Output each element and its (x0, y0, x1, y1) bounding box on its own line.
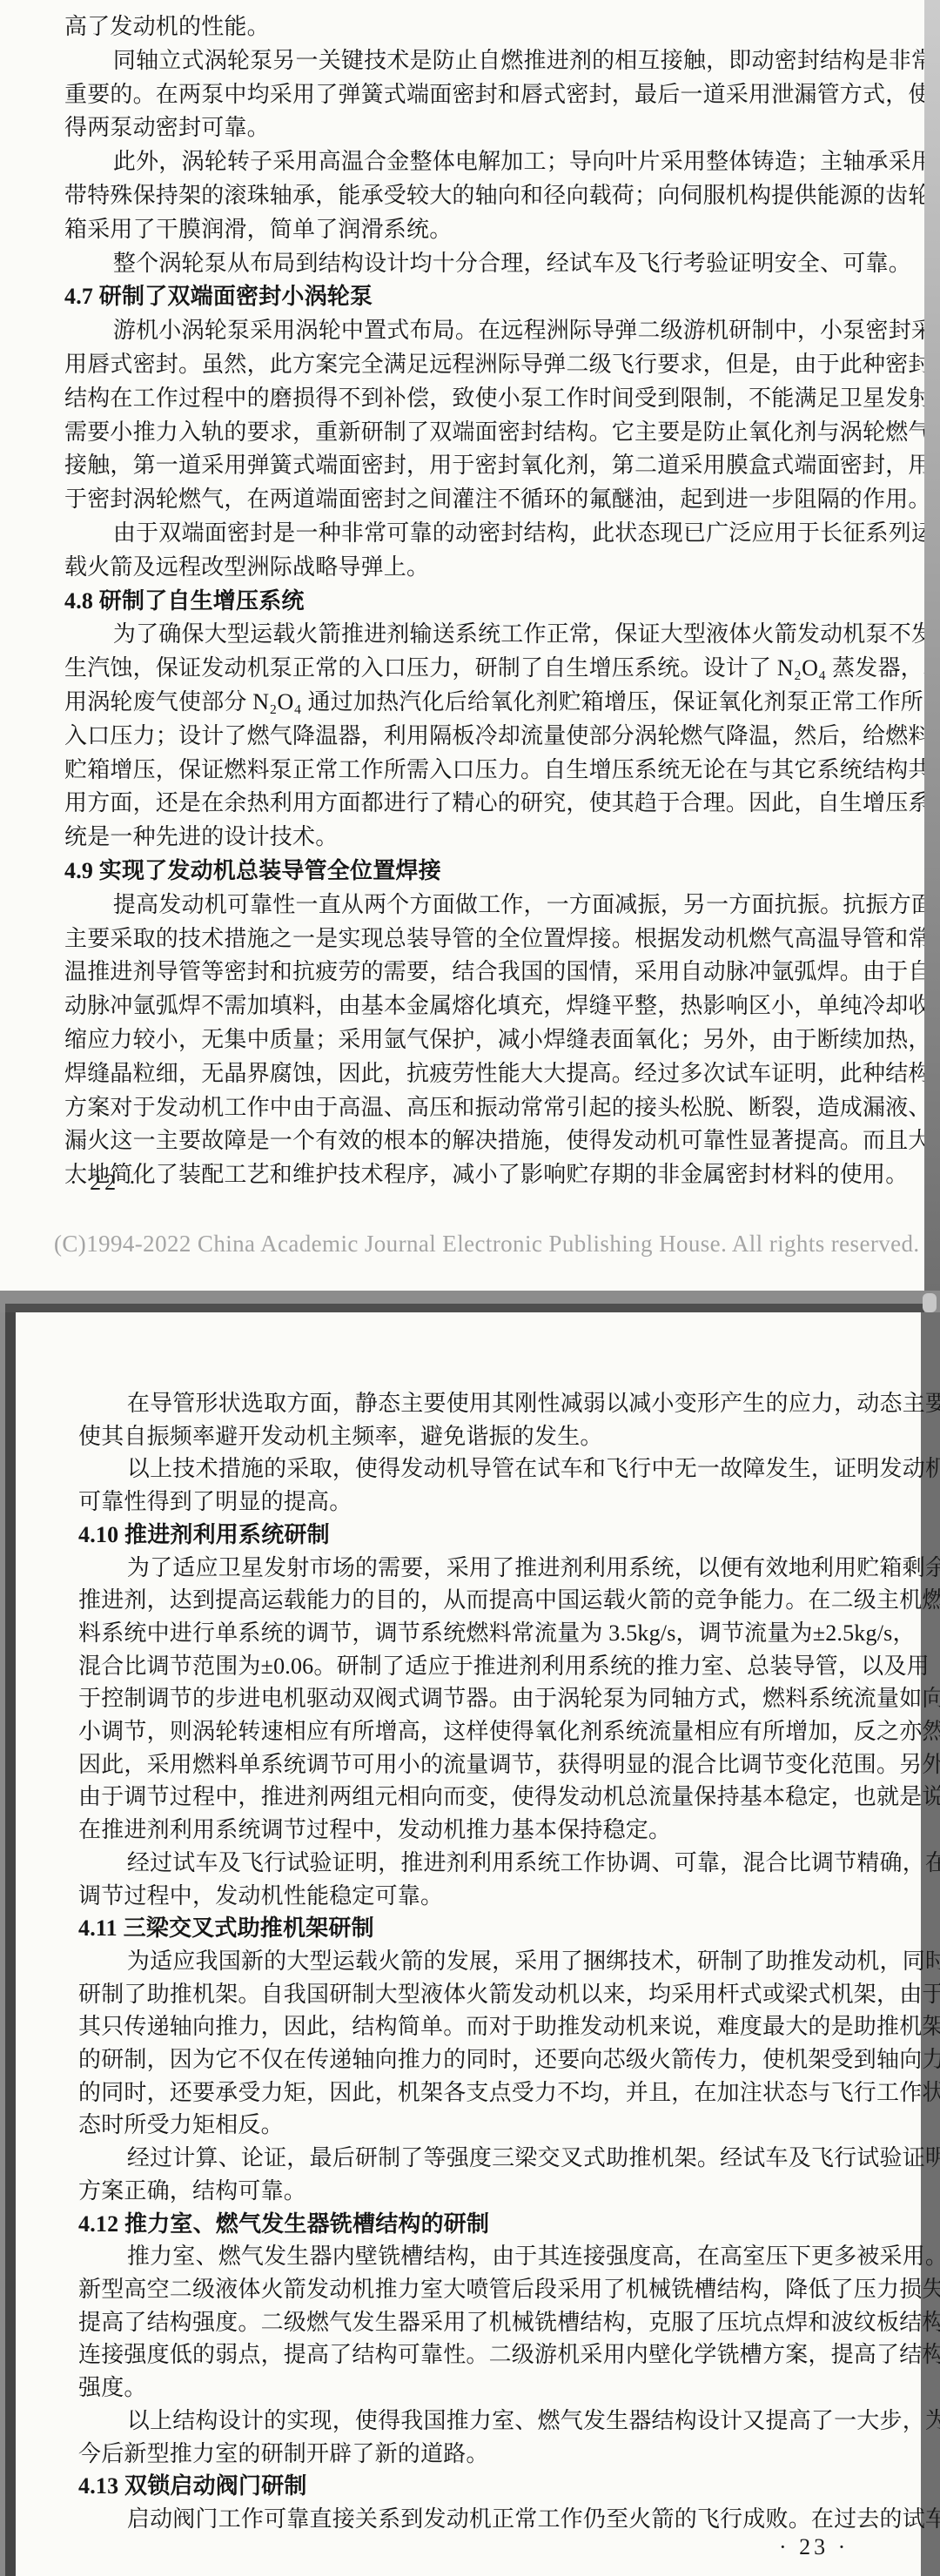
text-line: 方案对于发动机工作中由于高温、高压和振动常常引起的接头松脱、断裂，造成漏液、 (64, 1091, 923, 1125)
page-22-text-column: 高了发动机的性能。同轴立式涡轮泵另一关键技术是防止自燃推进剂的相互接触，即动密封… (64, 10, 923, 1192)
text-line: 使其自振频率避开发动机主频率，避免谐振的发生。 (78, 1420, 937, 1453)
page-23-left-edge-shadow (5, 1312, 16, 2576)
text-line: 其只传递轴向推力，因此，结构简单。而对于助推发动机来说，难度最大的是助推机架 (78, 2010, 937, 2043)
text-line: 混合比调节范围为±0.06。研制了适应于推进剂利用系统的推力室、总装导管，以及用 (78, 1650, 937, 1683)
page-number-22: · 22 · (70, 1170, 139, 1196)
section-heading: 4.9 实现了发动机总装导管全位置焊接 (64, 855, 923, 889)
text-line: 由于调节过程中，推进剂两组元相向而变，使得发动机总流量保持基本稳定，也就是说， (78, 1781, 937, 1814)
page-number-23: · 23 · (779, 2534, 849, 2560)
scrollbar-thumb[interactable] (923, 1293, 937, 1312)
text-line: 带特殊保持架的滚珠轴承，能承受较大的轴向和径向载荷；向伺服机构提供能源的齿轮 (64, 179, 923, 213)
section-heading: 4.12 推力室、燃气发生器铣槽结构的研制 (78, 2208, 937, 2241)
text-line: 为了确保大型运载火箭推进剂输送系统工作正常，保证大型液体火箭发动机泵不发 (64, 618, 923, 652)
text-line: 由于双端面密封是一种非常可靠的动密封结构，此状态现已广泛应用于长征系列运 (64, 517, 923, 551)
text-line: 小调节，则涡轮转速相应有所增高，这样使得氧化剂系统流量相应有所增加，反之亦然， (78, 1715, 937, 1748)
text-line: 生汽蚀，保证发动机泵正常的入口压力，研制了自生增压系统。设计了 N₂O₄ 蒸发器… (64, 652, 923, 686)
text-line: 温推进剂导管等密封和抗疲劳的需要，结合我国的国情，采用自动脉冲氩弧焊。由于自 (64, 956, 923, 989)
text-line: 结构在工作过程中的磨损得不到补偿，致使小泵工作时间受到限制，不能满足卫星发射 (64, 382, 923, 416)
text-line: 需要小推力入轨的要求，重新研制了双端面密封结构。它主要是防止氧化剂与涡轮燃气 (64, 416, 923, 450)
text-line: 箱采用了干膜润滑，简单了润滑系统。 (64, 213, 923, 247)
text-line: 料系统中进行单系统的调节，调节系统燃料常流量为 3.5kg/s，调节流量为±2.… (78, 1617, 937, 1650)
text-line: 用方面，还是在余热利用方面都进行了精心的研究，使其趋于合理。因此，自生增压系 (64, 787, 923, 821)
text-line: 因此，采用燃料单系统调节可用小的流量调节，获得明显的混合比调节变化范围。另外， (78, 1748, 937, 1781)
text-line: 为了适应卫星发射市场的需要，采用了推进剂利用系统，以便有效地利用贮箱剩余 (78, 1552, 937, 1585)
text-line: 新型高空二级液体火箭发动机推力室大喷管后段采用了机械铣槽结构，降低了压力损失， (78, 2273, 937, 2306)
text-line: 提高了结构强度。二级燃气发生器采用了机械铣槽结构，克服了压坑点焊和波纹板结构 (78, 2306, 937, 2339)
section-heading: 4.13 双锁启动阀门研制 (78, 2470, 937, 2503)
text-line: 的同时，还要承受力矩，因此，机架各支点受力不均，并且，在加注状态与飞行工作状 (78, 2076, 937, 2110)
text-line: 接触，第一道采用弹簧式端面密封，用于密封氧化剂，第二道采用膜盒式端面密封，用 (64, 449, 923, 483)
text-line: 方案正确，结构可靠。 (78, 2175, 937, 2208)
text-line: 得两泵动密封可靠。 (64, 111, 923, 145)
text-line: 态时所受力矩相反。 (78, 2109, 937, 2142)
text-line: 于控制调节的步进电机驱动双阀式调节器。由于涡轮泵为同轴方式，燃料系统流量如向 (78, 1682, 937, 1715)
page-23-text-column: 在导管形状选取方面，静态主要使用其刚性减弱以减小变形产生的应力，动态主要使其自振… (78, 1387, 937, 2536)
text-line: 调节过程中，发动机性能稳定可靠。 (78, 1880, 937, 1913)
text-line: 于密封涡轮燃气，在两道端面密封之间灌注不循环的氟醚油，起到进一步阻隔的作用。 (64, 483, 923, 517)
section-heading: 4.10 推进剂利用系统研制 (78, 1519, 937, 1552)
text-line: 启动阀门工作可靠直接关系到发动机正常工作仍至火箭的飞行成败。在过去的试车 (78, 2503, 937, 2536)
text-line: 经过试车及飞行试验证明，推进剂利用系统工作协调、可靠，混合比调节精确，在 (78, 1847, 937, 1880)
text-line: 大地简化了装配工艺和维护技术程序，减小了影响贮存期的非金属密封材料的使用。 (64, 1158, 923, 1192)
text-line: 焊缝晶粒细，无晶界腐蚀，因此，抗疲劳性能大大提高。经过多次试车证明，此种结构 (64, 1057, 923, 1091)
text-line: 动脉冲氩弧焊不需加填料，由基本金属熔化填充，焊缝平整，热影响区小，单纯冷却收 (64, 989, 923, 1023)
page-22: 高了发动机的性能。同轴立式涡轮泵另一关键技术是防止自燃推进剂的相互接触，即动密封… (0, 0, 924, 1291)
text-line: 可靠性得到了明显的提高。 (78, 1486, 937, 1519)
text-line: 同轴立式涡轮泵另一关键技术是防止自燃推进剂的相互接触，即动密封结构是非常 (64, 44, 923, 78)
text-line: 重要的。在两泵中均采用了弹簧式端面密封和唇式密封，最后一道采用泄漏管方式，使 (64, 78, 923, 112)
text-line: 强度。 (78, 2371, 937, 2405)
text-line: 以上结构设计的实现，使得我国推力室、燃气发生器结构设计又提高了一大步，为 (78, 2405, 937, 2438)
text-line: 提高发动机可靠性一直从两个方面做工作，一方面减振，另一方面抗振。抗振方面 (64, 889, 923, 922)
section-heading: 4.7 研制了双端面密封小涡轮泵 (64, 280, 923, 314)
text-line: 游机小涡轮泵采用涡轮中置式布局。在远程洲际导弹二级游机研制中，小泵密封采 (64, 314, 923, 348)
text-line: 今后新型推力室的研制开辟了新的道路。 (78, 2438, 937, 2471)
text-line: 入口压力；设计了燃气降温器，利用隔板冷却流量使部分涡轮燃气降温，然后，给燃料 (64, 720, 923, 754)
text-line: 缩应力较小，无集中质量；采用氩气保护，减小焊缝表面氧化；另外，由于断续加热， (64, 1023, 923, 1057)
text-line: 推进剂，达到提高运载能力的目的，从而提高中国运载火箭的竞争能力。在二级主机燃 (78, 1584, 937, 1617)
text-line: 整个涡轮泵从布局到结构设计均十分合理，经试车及飞行考验证明安全、可靠。 (64, 247, 923, 281)
text-line: 主要采取的技术措施之一是实现总装导管的全位置焊接。根据发动机燃气高温导管和常 (64, 922, 923, 956)
text-line: 研制了助推机架。自我国研制大型液体火箭发动机以来，均采用杆式或梁式机架，由于 (78, 1978, 937, 2011)
text-line: 在推进剂利用系统调节过程中，发动机推力基本保持稳定。 (78, 1814, 937, 1847)
section-heading: 4.8 研制了自生增压系统 (64, 585, 923, 619)
cnki-copyright-watermark: (C)1994-2022 China Academic Journal Elec… (54, 1231, 940, 1258)
text-line: 载火箭及远程改型洲际战略导弹上。 (64, 551, 923, 585)
section-heading: 4.11 三梁交叉式助推机架研制 (78, 1912, 937, 1945)
text-line: 的研制，因为它不仅在传递轴向推力的同时，还要向芯级火箭传力，使机架受到轴向力 (78, 2043, 937, 2076)
text-line: 贮箱增压，保证燃料泵正常工作所需入口压力。自生增压系统无论在与其它系统结构共 (64, 754, 923, 788)
text-line: 用涡轮废气使部分 N₂O₄ 通过加热汽化后给氧化剂贮箱增压，保证氧化剂泵正常工作… (64, 686, 923, 720)
page-23-top-edge-shadow (5, 1304, 924, 1312)
text-line: 以上技术措施的采取，使得发动机导管在试车和飞行中无一故障发生，证明发动机 (78, 1452, 937, 1486)
text-line: 用唇式密封。虽然，此方案完全满足远程洲际导弹二级飞行要求，但是，由于此种密封 (64, 348, 923, 382)
document-viewer: 高了发动机的性能。同轴立式涡轮泵另一关键技术是防止自燃推进剂的相互接触，即动密封… (0, 0, 940, 2576)
page-23: 在导管形状选取方面，静态主要使用其刚性减弱以减小变形产生的应力，动态主要使其自振… (16, 1312, 921, 2576)
text-line: 漏火这一主要故障是一个有效的根本的解决措施，使得发动机可靠性显著提高。而且大 (64, 1124, 923, 1158)
text-line: 高了发动机的性能。 (64, 10, 923, 44)
text-line: 经过计算、论证，最后研制了等强度三梁交叉式助推机架。经试车及飞行试验证明， (78, 2142, 937, 2175)
text-line: 在导管形状选取方面，静态主要使用其刚性减弱以减小变形产生的应力，动态主要 (78, 1387, 937, 1420)
text-line: 统是一种先进的设计技术。 (64, 821, 923, 855)
text-line: 此外，涡轮转子采用高温合金整体电解加工；导向叶片采用整体铸造；主轴承采用 (64, 145, 923, 179)
page-22-right-edge-shadow (924, 0, 940, 1291)
text-line: 推力室、燃气发生器内壁铣槽结构，由于其连接强度高，在高室压下更多被采用。 (78, 2240, 937, 2273)
text-line: 连接强度低的弱点，提高了结构可靠性。二级游机采用内壁化学铣槽方案，提高了结构 (78, 2338, 937, 2371)
text-line: 为适应我国新的大型运载火箭的发展，采用了捆绑技术，研制了助推发动机，同时， (78, 1945, 937, 1978)
